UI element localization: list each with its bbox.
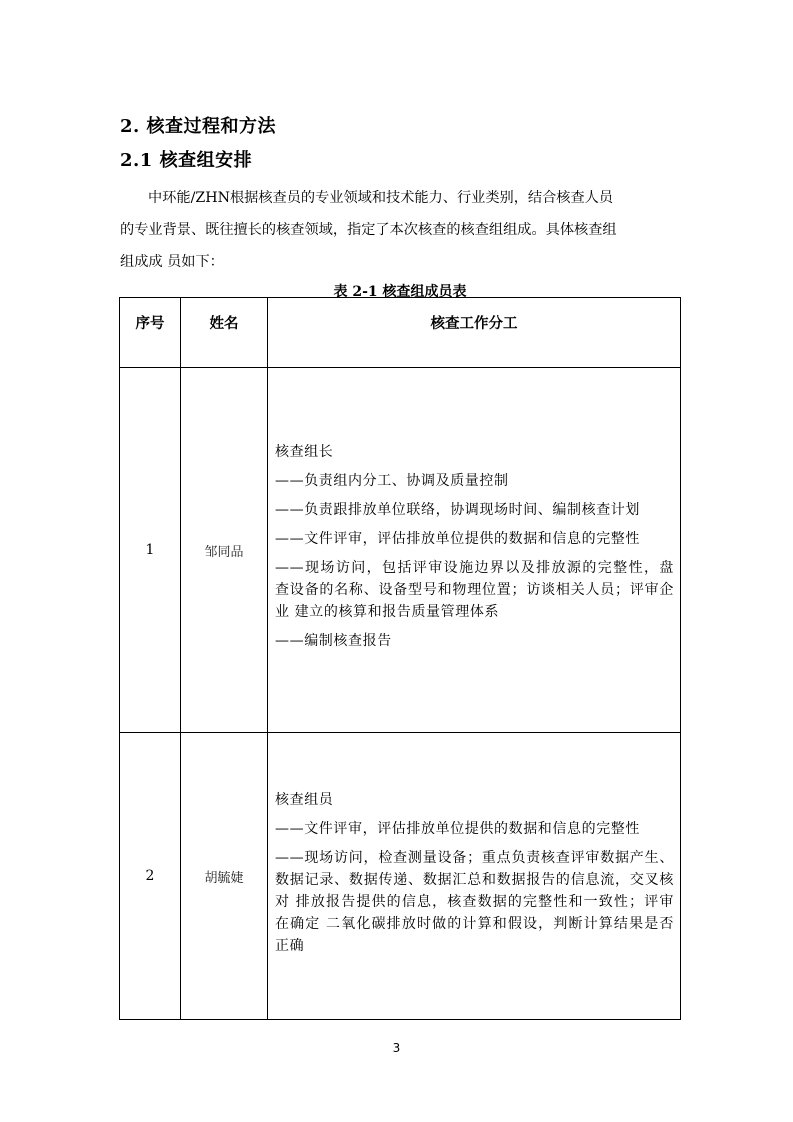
page-number: 3 bbox=[0, 1041, 793, 1055]
table-header-row: 序号 姓名 核查工作分工 bbox=[120, 298, 681, 368]
intro-line: 的专业背景、既往擅长的核查领域，指定了本次核查的核查组组成。具体核查组 bbox=[120, 214, 680, 246]
member-name: 胡毓婕 bbox=[181, 733, 268, 1020]
duty-item: ——文件评审，评估排放单位提供的数据和信息的完整性 bbox=[275, 528, 674, 550]
table-row: 2 胡毓婕 核查组员 ——文件评审，评估排放单位提供的数据和信息的完整性 ——现… bbox=[120, 733, 681, 1020]
duty-item: ——编制核查报告 bbox=[275, 630, 674, 652]
member-duties: 核查组员 ——文件评审，评估排放单位提供的数据和信息的完整性 ——现场访问，检查… bbox=[268, 733, 681, 1020]
duty-item: ——负责组内分工、协调及质量控制 bbox=[275, 470, 674, 492]
table-row: 1 邹同品 核查组长 ——负责组内分工、协调及质量控制 ——负责跟排放单位联络，… bbox=[120, 368, 681, 733]
header-number: 序号 bbox=[120, 298, 181, 368]
team-members-table: 序号 姓名 核查工作分工 1 邹同品 核查组长 ——负责组内分工、协调及质量控制… bbox=[119, 297, 681, 1020]
member-number: 1 bbox=[120, 368, 181, 733]
member-number: 2 bbox=[120, 733, 181, 1020]
member-name: 邹同品 bbox=[181, 368, 268, 733]
duty-item: ——现场访问，包括评审设施边界以及排放源的完整性，盘 查设备的名称、设备型号和物… bbox=[275, 557, 674, 623]
duty-item: ——文件评审，评估排放单位提供的数据和信息的完整性 bbox=[275, 818, 674, 840]
duty-item: ——负责跟排放单位联络，协调现场时间、编制核查计划 bbox=[275, 499, 674, 521]
member-duties: 核查组长 ——负责组内分工、协调及质量控制 ——负责跟排放单位联络，协调现场时间… bbox=[268, 368, 681, 733]
section-heading: 2. 核查过程和方法 bbox=[120, 112, 276, 138]
duty-item: ——现场访问，检查测量设备；重点负责核查评审数据产生、 数据记录、数据传递、数据… bbox=[275, 847, 674, 957]
header-name: 姓名 bbox=[181, 298, 268, 368]
intro-paragraph: 中环能/ZHN根据核查员的专业领域和技术能力、行业类别，结合核查人员 的专业背景… bbox=[120, 182, 680, 278]
duty-item: 核查组员 bbox=[275, 789, 674, 811]
intro-line: 组成成 员如下： bbox=[120, 246, 680, 278]
subsection-heading: 2.1 核查组安排 bbox=[120, 146, 252, 172]
header-duties: 核查工作分工 bbox=[268, 298, 681, 368]
intro-line: 中环能/ZHN根据核查员的专业领域和技术能力、行业类别，结合核查人员 bbox=[120, 182, 680, 214]
duty-item: 核查组长 bbox=[275, 441, 674, 463]
